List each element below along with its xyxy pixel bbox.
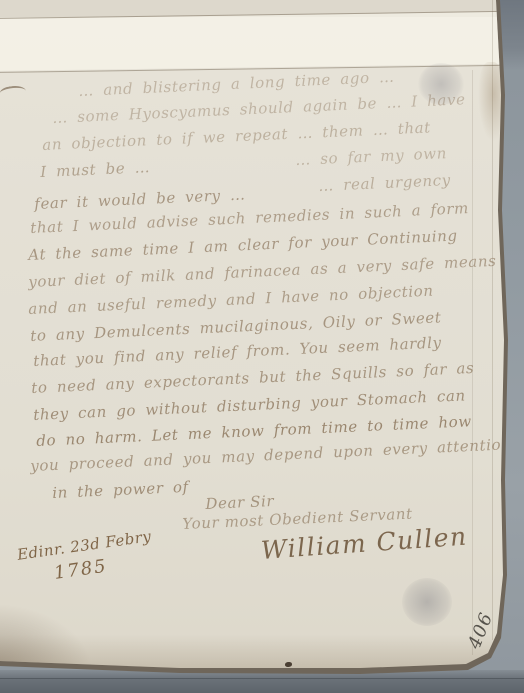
margin-pen-flourish [0, 84, 27, 100]
handwriting-line: in the power of [52, 480, 189, 501]
backdrop-edge-line [0, 678, 524, 679]
handwriting-line: I must be … [40, 160, 150, 180]
handwriting-line: fear it would be very … [34, 187, 246, 212]
signature-william-cullen: William Cullen [260, 522, 468, 565]
fold-band [0, 12, 524, 71]
handwriting-line: … real urgency [318, 173, 451, 194]
manuscript-scan: … and blistering a long time ago … … som… [0, 0, 524, 693]
ink-smudge-bottom-right [402, 578, 452, 626]
handwriting-line: … so far my own [295, 146, 447, 168]
bottom-edge-shading [0, 634, 524, 668]
letter-page: … and blistering a long time ago … … som… [0, 0, 524, 693]
paper-tear-speck [285, 662, 292, 667]
dateline: Edinr. 23d Febry 1785 [16, 527, 156, 588]
salutation: Dear Sir [205, 492, 275, 513]
